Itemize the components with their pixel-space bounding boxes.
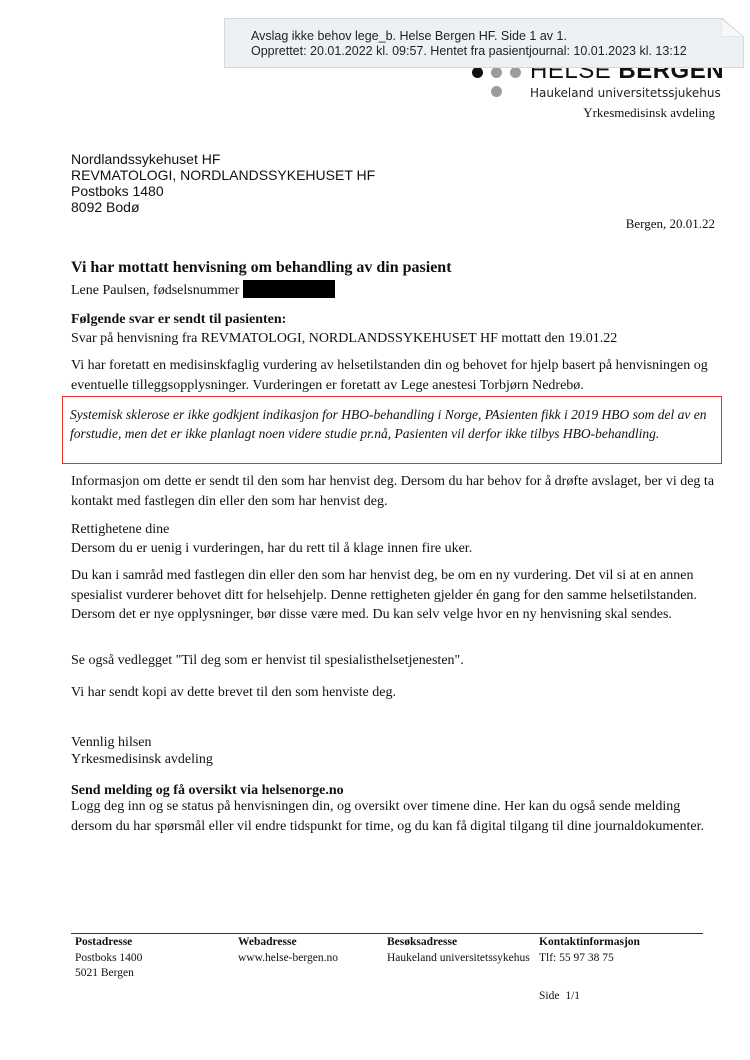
footer-visit-heading: Besøksadresse <box>387 935 530 951</box>
answer-heading: Følgende svar er sendt til pasienten: <box>71 310 721 330</box>
attachment-note: Se også vedlegget "Til deg som er henvis… <box>71 651 721 671</box>
footer-postal: Postadresse Postboks 1400 5021 Bergen <box>75 935 142 982</box>
annotation-line-2: Opprettet: 20.01.2022 kl. 09:57. Hentet … <box>251 44 687 59</box>
footer-visit-line: Haukeland universitetssykehus <box>387 951 530 967</box>
logo-dot-icon <box>510 67 521 78</box>
page-number: Side 1/1 <box>539 990 580 1002</box>
logo-subtitle: Haukeland universitetssjukehus <box>530 86 721 100</box>
recipient-address: Nordlandssykehuset HF REVMATOLOGI, NORDL… <box>71 151 375 215</box>
recipient-line: Postboks 1480 <box>71 183 375 199</box>
copy-sent-note: Vi har sendt kopi av dette brevet til de… <box>71 683 721 703</box>
info-paragraph: Informasjon om dette er sendt til den so… <box>71 472 721 511</box>
footer-divider <box>71 933 703 934</box>
place-date: Bergen, 20.01.22 <box>626 216 715 232</box>
rejection-reason: Systemisk sklerose er ikke godkjent indi… <box>70 405 720 443</box>
footer-postal-line: 5021 Bergen <box>75 966 142 982</box>
annotation-note: Avslag ikke behov lege_b. Helse Bergen H… <box>224 18 744 68</box>
department-header: Yrkesmedisinsk avdeling <box>583 105 715 121</box>
footer-contact: Kontaktinformasjon Tlf: 55 97 38 75 <box>539 935 640 966</box>
footer-contact-line: Tlf: 55 97 38 75 <box>539 951 640 967</box>
footer-postal-heading: Postadresse <box>75 935 142 951</box>
footer-web: Webadresse www.helse-bergen.no <box>238 935 338 966</box>
redacted-id-block <box>243 280 335 298</box>
footer-contact-heading: Kontaktinformasjon <box>539 935 640 951</box>
footer-visit: Besøksadresse Haukeland universitetssyke… <box>387 935 530 966</box>
recipient-line: 8092 Bodø <box>71 199 375 215</box>
helsenorge-paragraph: Logg deg inn og se status på henvisninge… <box>71 797 721 836</box>
patient-name-label: Lene Paulsen, fødselsnummer <box>71 283 239 298</box>
logo-dot-icon <box>491 67 502 78</box>
logo-dot-icon <box>491 86 502 97</box>
second-opinion-paragraph: Du kan i samråd med fastlegen din eller … <box>71 566 721 625</box>
recipient-line: Nordlandssykehuset HF <box>71 151 375 167</box>
footer-web-heading: Webadresse <box>238 935 338 951</box>
rights-text: Dersom du er uenig i vurderingen, har du… <box>71 539 721 559</box>
recipient-line: REVMATOLOGI, NORDLANDSSYKEHUSET HF <box>71 167 375 183</box>
logo-dot-icon <box>472 67 483 78</box>
footer-web-link[interactable]: www.helse-bergen.no <box>238 951 338 967</box>
rights-heading: Rettighetene dine <box>71 520 721 540</box>
assessment-paragraph: Vi har foretatt en medisinskfaglig vurde… <box>71 356 721 395</box>
patient-line: Lene Paulsen, fødselsnummer <box>71 280 335 299</box>
signature: Yrkesmedisinsk avdeling <box>71 750 721 770</box>
page-fold-icon <box>721 18 744 37</box>
annotation-line-1: Avslag ikke behov lege_b. Helse Bergen H… <box>251 29 567 44</box>
footer-postal-line: Postboks 1400 <box>75 951 142 967</box>
answer-line: Svar på henvisning fra REVMATOLOGI, NORD… <box>71 329 721 349</box>
letter-title: Vi har mottatt henvisning om behandling … <box>71 259 452 277</box>
